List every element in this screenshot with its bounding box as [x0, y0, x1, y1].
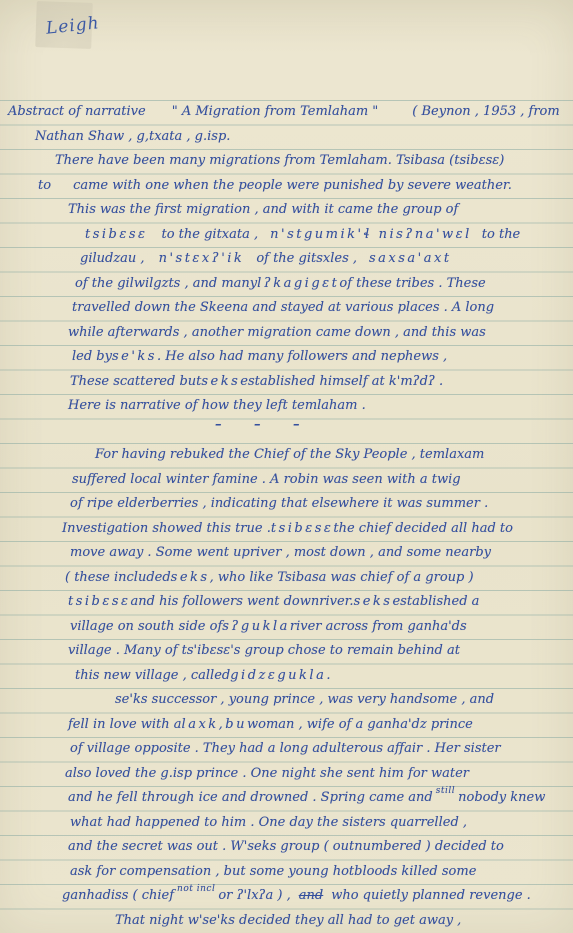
handwritten-line: move away . Some went upriver , most dow… — [0, 541, 573, 566]
text-segment: of village opposite . They had a long ad… — [70, 737, 501, 762]
text-segment: village . Many of ts'ibεsε's group chose… — [68, 639, 460, 664]
text-segment: seks — [354, 590, 393, 615]
text-segment: who quietly planned revenge . — [331, 884, 531, 909]
text-segment: of the gitsxles , — [256, 247, 357, 272]
manuscript-page: Leigh Abstract of narrative" A Migration… — [0, 0, 573, 933]
text-segment: , who like Tsibasa was chief of a group … — [210, 566, 474, 591]
handwritten-line: ask for compensation , but some young ho… — [0, 860, 573, 885]
text-segment: not incl — [177, 877, 215, 902]
text-segment: seks — [171, 566, 210, 591]
text-segment: Investigation showed this true . — [62, 517, 271, 542]
text-segment: ( these included — [65, 566, 171, 591]
handwritten-line: led by se'ks . He also had many follower… — [0, 345, 573, 370]
text-segment: established himself at k'mʔdʔ . — [240, 370, 443, 395]
text-segment: suffered local winter famine . A robin w… — [72, 468, 461, 493]
handwritten-line: also loved the g.isp prince . One night … — [0, 762, 573, 787]
text-segment: and the secret was out . W'seks group ( … — [68, 835, 504, 860]
text-segment: n'stgumik'ɬ nisʔna'wεl — [270, 223, 472, 248]
handwritten-line: suffered local winter famine . A robin w… — [0, 468, 573, 493]
handwritten-line: These scattered but seks established him… — [0, 370, 573, 395]
handwritten-line: village . Many of ts'ibεsε's group chose… — [0, 639, 573, 664]
text-segment: led by — [72, 345, 112, 370]
top-left-annotation: Leigh — [45, 13, 100, 38]
handwritten-line: This was the first migration , and with … — [0, 198, 573, 223]
handwritten-line: tocame with one when the people were pun… — [0, 174, 573, 199]
text-segment: or ʔ'lxʔa ) , — [218, 884, 290, 909]
text-segment: still — [436, 779, 455, 804]
text-segment: Nathan Shaw , g,txata , g.isp. — [35, 125, 230, 150]
text-segment: the chief decided all had to — [333, 517, 513, 542]
text-segment: what had happened to him . One day the s… — [70, 811, 467, 836]
text-segment: this new village , called — [75, 664, 230, 689]
text-segment: of these tribes . These — [339, 272, 485, 297]
text-segment: For having rebuked the Chief of the Sky … — [95, 443, 484, 468]
text-segment: " A Migration from Temlaham " — [172, 100, 379, 125]
text-segment: move away . Some went upriver , most dow… — [70, 541, 491, 566]
text-segment: ( Beynon , 1953 , from — [412, 100, 559, 125]
text-segment: of the gilwilgzts , and many — [75, 272, 257, 297]
text-segment: also loved the g.isp prince . One night … — [65, 762, 469, 787]
handwritten-line: of village opposite . They had a long ad… — [0, 737, 573, 762]
handwritten-line: tsibεsε and his followers went downriver… — [0, 590, 573, 615]
handwritten-line: while afterwards , another migration cam… — [0, 321, 573, 346]
text-segment: tsibεsε — [68, 590, 131, 615]
text-segment: while afterwards , another migration cam… — [68, 321, 486, 346]
text-segment: to the gitxata , — [162, 223, 259, 248]
handwritten-line: Abstract of narrative" A Migration from … — [0, 100, 573, 125]
text-segment: laxk,bu — [182, 713, 247, 738]
handwritten-line: of ripe elderberries , indicating that e… — [0, 492, 573, 517]
handwritten-line: There have been many migrations from Tem… — [0, 149, 573, 174]
handwritten-line: tsibεsεto the gitxata ,n'stgumik'ɬ nisʔn… — [0, 223, 573, 248]
handwritten-line: village on south side of sʔgukla river a… — [0, 615, 573, 640]
text-segment: woman , wife of a ganha'dz prince — [247, 713, 473, 738]
handwritten-line: se'ks successor , young prince , was ver… — [0, 688, 573, 713]
handwritten-line: of the gilwilgzts , and many lʔkagigεt o… — [0, 272, 573, 297]
text-segment: nobody knew — [458, 786, 545, 811]
text-segment: Abstract of narrative — [8, 100, 146, 125]
handwritten-line: and the secret was out . W'seks group ( … — [0, 835, 573, 860]
text-segment: giludzau , — [80, 247, 145, 272]
text-segment: village on south side of — [70, 615, 222, 640]
text-segment: sʔgukla — [222, 615, 290, 640]
text-segment: fell in love with a — [68, 713, 182, 738]
text-segment: and — [299, 884, 323, 909]
text-segment: tsibεsε — [85, 223, 148, 248]
handwritten-line: ganhadiss ( chiefnot inclor ʔ'lxʔa ) ,an… — [0, 884, 573, 909]
handwritten-line: fell in love with a laxk,bu woman , wife… — [0, 713, 573, 738]
handwritten-line: travelled down the Skeena and stayed at … — [0, 296, 573, 321]
handwritten-line: and he fell through ice and drowned . Sp… — [0, 786, 573, 811]
handwritten-line: ( these included seks , who like Tsibasa… — [0, 566, 573, 591]
text-segment: n'stεxʔ'ik — [159, 247, 245, 272]
text-segment: . — [326, 664, 330, 689]
handwritten-line: what had happened to him . One day the s… — [0, 811, 573, 836]
text-segment: travelled down the Skeena and stayed at … — [72, 296, 494, 321]
text-segment: There have been many migrations from Tem… — [55, 149, 504, 174]
text-segment: saxsa'axt — [369, 247, 452, 272]
text-segment: seks — [201, 370, 240, 395]
text-segment: river across from ganha'ds — [290, 615, 467, 640]
text-segment: to the — [482, 223, 520, 248]
text-segment: – – – — [215, 413, 314, 438]
text-segment: and his followers went downriver. — [131, 590, 354, 615]
handwritten-line: – – – — [0, 419, 573, 444]
text-segment: These scattered but — [70, 370, 201, 395]
text-segment: tsibεsε — [271, 517, 334, 542]
handwritten-line: this new village , called gidzεgukla . — [0, 664, 573, 689]
text-segment: That night w'se'ks decided they all had … — [115, 909, 461, 933]
text-segment: and he fell through ice and drowned . Sp… — [68, 786, 433, 811]
handwritten-line: Nathan Shaw , g,txata , g.isp. — [0, 125, 573, 150]
text-segment: This was the first migration , and with … — [68, 198, 458, 223]
text-segment: came with one when the people were punis… — [73, 174, 512, 199]
handwritten-line: giludzau ,n'stεxʔ'ikof the gitsxles ,sax… — [0, 247, 573, 272]
text-segment: to — [38, 174, 51, 199]
handwritten-line: Investigation showed this true . tsibεsε… — [0, 517, 573, 542]
text-segment: established a — [392, 590, 479, 615]
text-segment: of ripe elderberries , indicating that e… — [70, 492, 488, 517]
text-segment: gidzεgukla — [230, 664, 326, 689]
text-segment: ganhadiss ( chief — [62, 884, 174, 909]
text-segment: lʔkagigεt — [257, 272, 339, 297]
handwritten-line: For having rebuked the Chief of the Sky … — [0, 443, 573, 468]
text-segment: ask for compensation , but some young ho… — [70, 860, 476, 885]
text-segment: . He also had many followers and nephews… — [157, 345, 447, 370]
handwritten-line: That night w'se'ks decided they all had … — [0, 909, 573, 933]
text-segment: se'ks — [112, 345, 157, 370]
text-segment: se'ks successor , young prince , was ver… — [115, 688, 494, 713]
